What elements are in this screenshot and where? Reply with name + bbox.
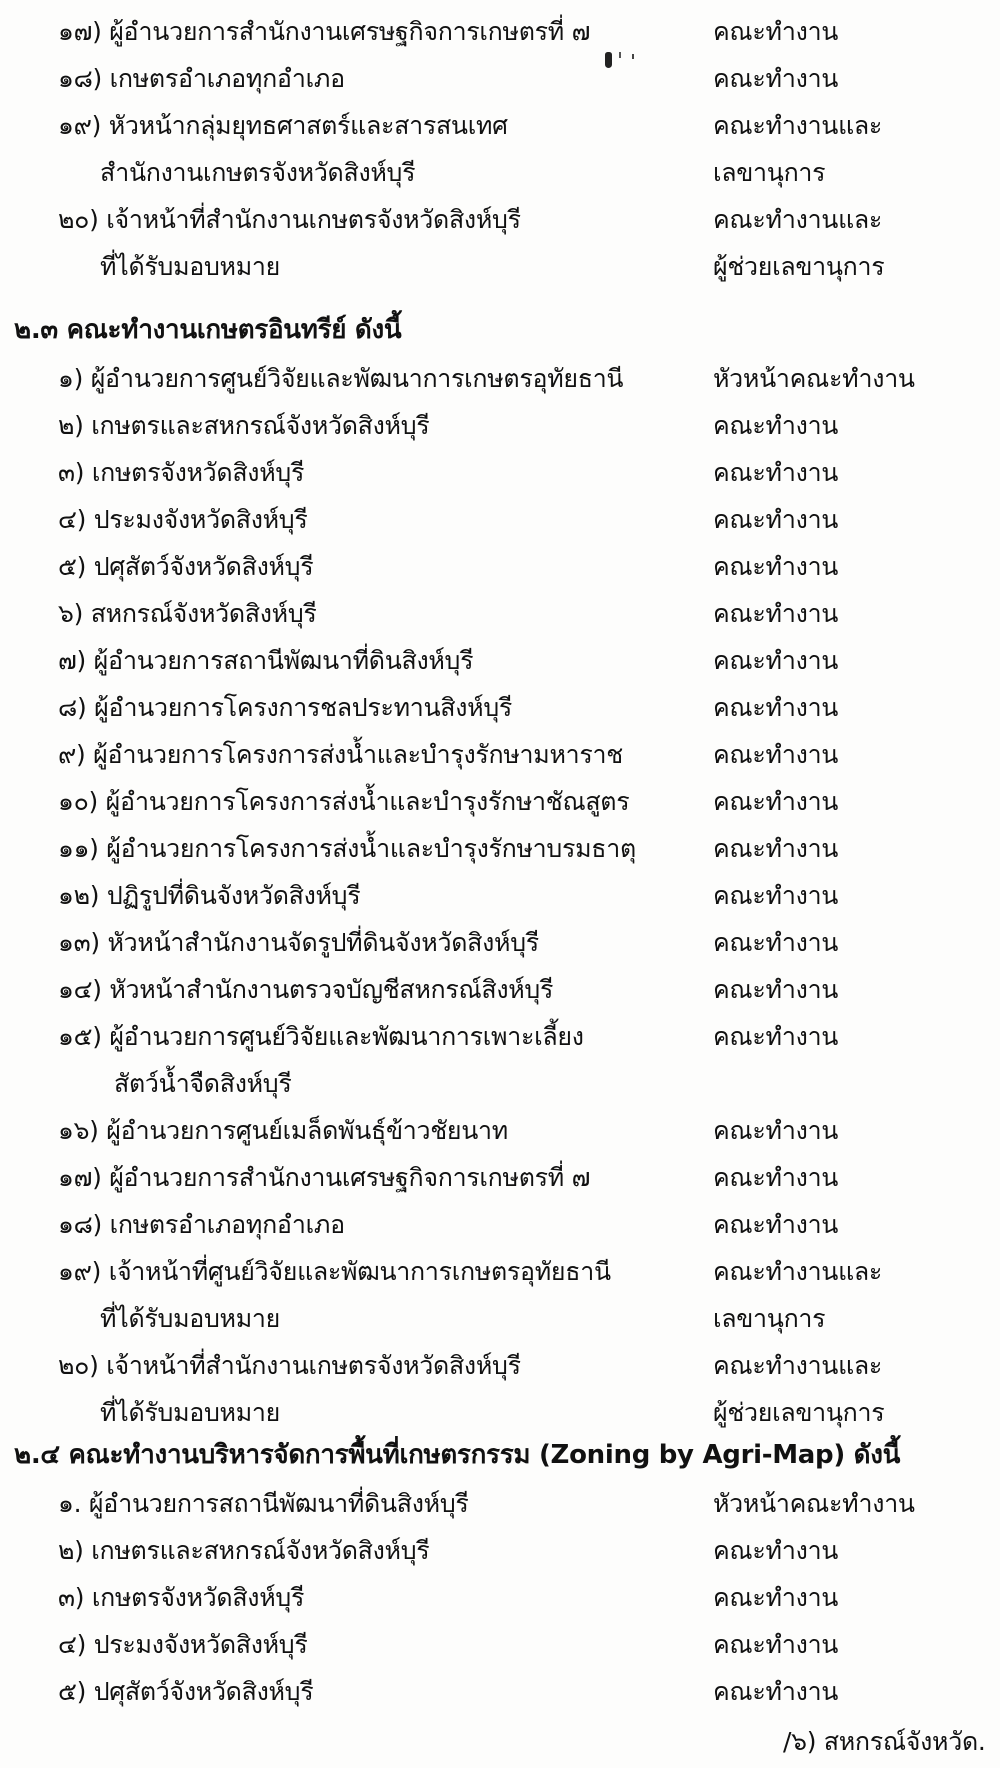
member-role: คณะทำงาน <box>713 590 838 637</box>
member-name-continuation: สัตว์น้ำจืดสิงห์บุรี <box>114 1060 292 1107</box>
member-name: ๑๗) ผู้อำนวยการสำนักงานเศรษฐกิจการเกษตรท… <box>58 8 590 55</box>
member-name-continuation: สำนักงานเกษตรจังหวัดสิงห์บุรี <box>100 149 415 196</box>
member-role-continuation: เลขานุการ <box>713 149 825 196</box>
list-item: ๒๐) เจ้าหน้าที่สำนักงานเกษตรจังหวัดสิงห์… <box>0 196 1000 243</box>
page-continuation-marker: /๖) สหกรณ์จังหวัด. <box>783 1718 986 1765</box>
member-name: ๖) สหกรณ์จังหวัดสิงห์บุรี <box>58 590 317 637</box>
member-name: ๔) ประมงจังหวัดสิงห์บุรี <box>58 1621 308 1668</box>
list-item: ๑๙) หัวหน้ากลุ่มยุทธศาสตร์และสารสนเทศ คณ… <box>0 102 1000 149</box>
member-role: คณะทำงาน <box>713 1013 838 1060</box>
member-role: คณะทำงาน <box>713 684 838 731</box>
list-item: ๒) เกษตรและสหกรณ์จังหวัดสิงห์บุรี คณะทำง… <box>0 1527 1000 1574</box>
member-name: ๒) เกษตรและสหกรณ์จังหวัดสิงห์บุรี <box>58 402 429 449</box>
member-name: ๔) ประมงจังหวัดสิงห์บุรี <box>58 496 308 543</box>
list-item-continuation: สัตว์น้ำจืดสิงห์บุรี <box>0 1060 1000 1107</box>
member-role: หัวหน้าคณะทำงาน <box>713 355 915 402</box>
member-name: ๒๐) เจ้าหน้าที่สำนักงานเกษตรจังหวัดสิงห์… <box>58 1342 521 1389</box>
list-item: ๑๐) ผู้อำนวยการโครงการส่งน้ำและบำรุงรักษ… <box>0 778 1000 825</box>
member-role: คณะทำงาน <box>713 1107 838 1154</box>
section-heading: ๒.๔ คณะทำงานบริหารจัดการพื้นที่เกษตรกรรม… <box>14 1432 900 1479</box>
list-item-continuation: ที่ได้รับมอบหมาย ผู้ช่วยเลขานุการ <box>0 1389 1000 1436</box>
list-item: ๑๗) ผู้อำนวยการสำนักงานเศรษฐกิจการเกษตรท… <box>0 8 1000 55</box>
member-role-continuation: เลขานุการ <box>713 1295 825 1342</box>
member-name: ๑๘) เกษตรอำเภอทุกอำเภอ <box>58 55 345 102</box>
member-name: ๑๒) ปฏิรูปที่ดินจังหวัดสิงห์บุรี <box>58 872 360 919</box>
member-role: คณะทำงาน <box>713 8 838 55</box>
member-role: คณะทำงาน <box>713 402 838 449</box>
member-role: คณะทำงาน <box>713 919 838 966</box>
list-item: ๓) เกษตรจังหวัดสิงห์บุรี คณะทำงาน <box>0 449 1000 496</box>
member-name: ๒) เกษตรและสหกรณ์จังหวัดสิงห์บุรี <box>58 1527 429 1574</box>
member-role: คณะทำงาน <box>713 449 838 496</box>
member-role: คณะทำงาน <box>713 1154 838 1201</box>
list-item: ๑๔) หัวหน้าสำนักงานตรวจบัญชีสหกรณ์สิงห์บ… <box>0 966 1000 1013</box>
member-role: คณะทำงาน <box>713 1621 838 1668</box>
list-item: ๑๕) ผู้อำนวยการศูนย์วิจัยและพัฒนาการเพาะ… <box>0 1013 1000 1060</box>
list-item: ๑) ผู้อำนวยการศูนย์วิจัยและพัฒนาการเกษตร… <box>0 355 1000 402</box>
list-item: ๑๓) หัวหน้าสำนักงานจัดรูปที่ดินจังหวัดสิ… <box>0 919 1000 966</box>
list-item-continuation: ที่ได้รับมอบหมาย ผู้ช่วยเลขานุการ <box>0 243 1000 290</box>
member-role-continuation: ผู้ช่วยเลขานุการ <box>713 243 884 290</box>
list-item: ๑๘) เกษตรอำเภอทุกอำเภอ คณะทำงาน <box>0 1201 1000 1248</box>
member-name: ๑๙) เจ้าหน้าที่ศูนย์วิจัยและพัฒนาการเกษต… <box>58 1248 611 1295</box>
member-role: คณะทำงาน <box>713 496 838 543</box>
member-role: คณะทำงานและ <box>713 196 882 243</box>
member-role: คณะทำงานและ <box>713 1248 882 1295</box>
list-item-continuation: ที่ได้รับมอบหมาย เลขานุการ <box>0 1295 1000 1342</box>
list-item: ๖) สหกรณ์จังหวัดสิงห์บุรี คณะทำงาน <box>0 590 1000 637</box>
member-name: ๘) ผู้อำนวยการโครงการชลประทานสิงห์บุรี <box>58 684 512 731</box>
list-item: ๕) ปศุสัตว์จังหวัดสิงห์บุรี คณะทำงาน <box>0 1668 1000 1715</box>
member-name: ๑๓) หัวหน้าสำนักงานจัดรูปที่ดินจังหวัดสิ… <box>58 919 539 966</box>
list-item: ๑๑) ผู้อำนวยการโครงการส่งน้ำและบำรุงรักษ… <box>0 825 1000 872</box>
member-role: คณะทำงานและ <box>713 1342 882 1389</box>
list-item-continuation: สำนักงานเกษตรจังหวัดสิงห์บุรี เลขานุการ <box>0 149 1000 196</box>
list-item: ๑๒) ปฏิรูปที่ดินจังหวัดสิงห์บุรี คณะทำงา… <box>0 872 1000 919</box>
member-name-continuation: ที่ได้รับมอบหมาย <box>100 243 280 290</box>
member-name: ๕) ปศุสัตว์จังหวัดสิงห์บุรี <box>58 1668 313 1715</box>
member-name: ๓) เกษตรจังหวัดสิงห์บุรี <box>58 1574 304 1621</box>
member-role: คณะทำงาน <box>713 825 838 872</box>
member-role: คณะทำงานและ <box>713 102 882 149</box>
member-role: คณะทำงาน <box>713 731 838 778</box>
member-name: ๑๔) หัวหน้าสำนักงานตรวจบัญชีสหกรณ์สิงห์บ… <box>58 966 553 1013</box>
section-heading: ๒.๓ คณะทำงานเกษตรอินทรีย์ ดังนี้ <box>14 307 401 354</box>
list-item: ๒) เกษตรและสหกรณ์จังหวัดสิงห์บุรี คณะทำง… <box>0 402 1000 449</box>
member-role: คณะทำงาน <box>713 1527 838 1574</box>
list-item: ๓) เกษตรจังหวัดสิงห์บุรี คณะทำงาน <box>0 1574 1000 1621</box>
member-role: คณะทำงาน <box>713 1201 838 1248</box>
member-name: ๑) ผู้อำนวยการศูนย์วิจัยและพัฒนาการเกษตร… <box>58 355 623 402</box>
member-name-continuation: ที่ได้รับมอบหมาย <box>100 1389 280 1436</box>
member-role: หัวหน้าคณะทำงาน <box>713 1480 915 1527</box>
list-item: ๑. ผู้อำนวยการสถานีพัฒนาที่ดินสิงห์บุรี … <box>0 1480 1000 1527</box>
member-name: ๑๕) ผู้อำนวยการศูนย์วิจัยและพัฒนาการเพาะ… <box>58 1013 584 1060</box>
member-role: คณะทำงาน <box>713 55 838 102</box>
member-name-continuation: ที่ได้รับมอบหมาย <box>100 1295 280 1342</box>
member-name: ๕) ปศุสัตว์จังหวัดสิงห์บุรี <box>58 543 313 590</box>
list-item: ๑๘) เกษตรอำเภอทุกอำเภอ คณะทำงาน <box>0 55 1000 102</box>
member-name: ๗) ผู้อำนวยการสถานีพัฒนาที่ดินสิงห์บุรี <box>58 637 473 684</box>
list-item: ๑๙) เจ้าหน้าที่ศูนย์วิจัยและพัฒนาการเกษต… <box>0 1248 1000 1295</box>
member-role: คณะทำงาน <box>713 637 838 684</box>
member-name: ๑๖) ผู้อำนวยการศูนย์เมล็ดพันธุ์ข้าวชัยนา… <box>58 1107 508 1154</box>
list-item: ๑๖) ผู้อำนวยการศูนย์เมล็ดพันธุ์ข้าวชัยนา… <box>0 1107 1000 1154</box>
member-role: คณะทำงาน <box>713 543 838 590</box>
list-item: ๗) ผู้อำนวยการสถานีพัฒนาที่ดินสิงห์บุรี … <box>0 637 1000 684</box>
list-item: ๘) ผู้อำนวยการโครงการชลประทานสิงห์บุรี ค… <box>0 684 1000 731</box>
member-name: ๑๙) หัวหน้ากลุ่มยุทธศาสตร์และสารสนเทศ <box>58 102 508 149</box>
member-name: ๙) ผู้อำนวยการโครงการส่งน้ำและบำรุงรักษา… <box>58 731 623 778</box>
member-name: ๑๐) ผู้อำนวยการโครงการส่งน้ำและบำรุงรักษ… <box>58 778 629 825</box>
member-name: ๑๗) ผู้อำนวยการสำนักงานเศรษฐกิจการเกษตรท… <box>58 1154 590 1201</box>
list-item: ๒๐) เจ้าหน้าที่สำนักงานเกษตรจังหวัดสิงห์… <box>0 1342 1000 1389</box>
member-name: ๒๐) เจ้าหน้าที่สำนักงานเกษตรจังหวัดสิงห์… <box>58 196 521 243</box>
member-name: ๑๘) เกษตรอำเภอทุกอำเภอ <box>58 1201 345 1248</box>
list-item: ๕) ปศุสัตว์จังหวัดสิงห์บุรี คณะทำงาน <box>0 543 1000 590</box>
member-role: คณะทำงาน <box>713 778 838 825</box>
list-item: ๑๗) ผู้อำนวยการสำนักงานเศรษฐกิจการเกษตรท… <box>0 1154 1000 1201</box>
member-name: ๑. ผู้อำนวยการสถานีพัฒนาที่ดินสิงห์บุรี <box>58 1480 469 1527</box>
member-name: ๓) เกษตรจังหวัดสิงห์บุรี <box>58 449 304 496</box>
document-page: ๑๗) ผู้อำนวยการสำนักงานเศรษฐกิจการเกษตรท… <box>0 0 1000 1768</box>
member-role: คณะทำงาน <box>713 1574 838 1621</box>
member-role: คณะทำงาน <box>713 872 838 919</box>
list-item: ๙) ผู้อำนวยการโครงการส่งน้ำและบำรุงรักษา… <box>0 731 1000 778</box>
member-role-continuation: ผู้ช่วยเลขานุการ <box>713 1389 884 1436</box>
member-name: ๑๑) ผู้อำนวยการโครงการส่งน้ำและบำรุงรักษ… <box>58 825 636 872</box>
member-role: คณะทำงาน <box>713 966 838 1013</box>
list-item: ๔) ประมงจังหวัดสิงห์บุรี คณะทำงาน <box>0 496 1000 543</box>
list-item: ๔) ประมงจังหวัดสิงห์บุรี คณะทำงาน <box>0 1621 1000 1668</box>
member-role: คณะทำงาน <box>713 1668 838 1715</box>
